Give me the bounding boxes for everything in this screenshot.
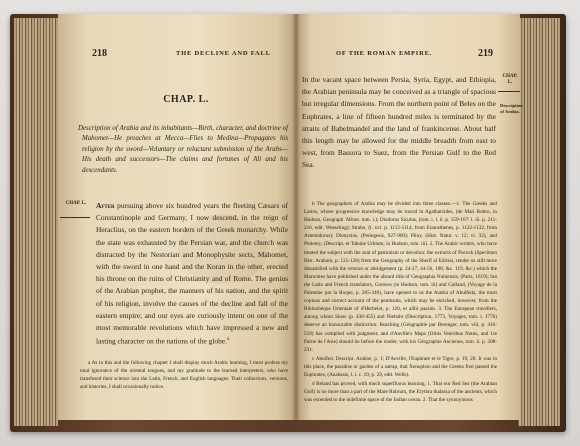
footnote-d: d Reland has proved, with much superfluo…: [304, 380, 497, 404]
footnote-mark: a: [227, 337, 229, 342]
margin-rule: [498, 91, 520, 92]
left-page: 218 THE DECLINE AND FALL CHAP. L. Descri…: [58, 14, 296, 420]
body-paragraph: pursuing above six hundred years the fle…: [96, 201, 288, 346]
page-number: 219: [478, 48, 493, 59]
running-head: THE DECLINE AND FALL: [176, 50, 271, 57]
footnote-b: b The geographers of Arabia may be divid…: [304, 200, 497, 354]
margin-note-description: Description of Arabia.: [500, 103, 520, 115]
body-paragraph: In the vacant space between Persia, Syri…: [302, 74, 496, 172]
margin-rule: [60, 217, 90, 218]
dropcap-word: After: [96, 201, 115, 210]
footnote-a: a As in this and the following chapter I…: [80, 359, 288, 391]
photo-background: 218 THE DECLINE AND FALL CHAP. L. Descri…: [0, 0, 580, 446]
page-edges-left: [14, 18, 58, 426]
right-page: OF THE ROMAN EMPIRE. 219 In the vacant s…: [296, 14, 520, 420]
book-gutter: [292, 14, 300, 420]
margin-note-chap: CHAP. L.: [62, 201, 90, 207]
page-edges-right: [518, 18, 560, 426]
page-number: 218: [92, 48, 107, 59]
footnote-c: c Abulfed. Descript. Arabiæ, p. 1; D'Anv…: [304, 355, 497, 379]
footnotes: b The geographers of Arabia may be divid…: [304, 200, 497, 405]
chapter-title: CHAP. L.: [146, 94, 226, 105]
body-text: After pursuing above six hundred years t…: [96, 200, 288, 348]
footnote: a As in this and the following chapter I…: [80, 359, 288, 392]
running-head: OF THE ROMAN EMPIRE.: [336, 50, 432, 57]
margin-note-chap: CHAP. L.: [500, 74, 520, 86]
chapter-summary: Description of Arabia and its inhabitant…: [76, 124, 288, 176]
